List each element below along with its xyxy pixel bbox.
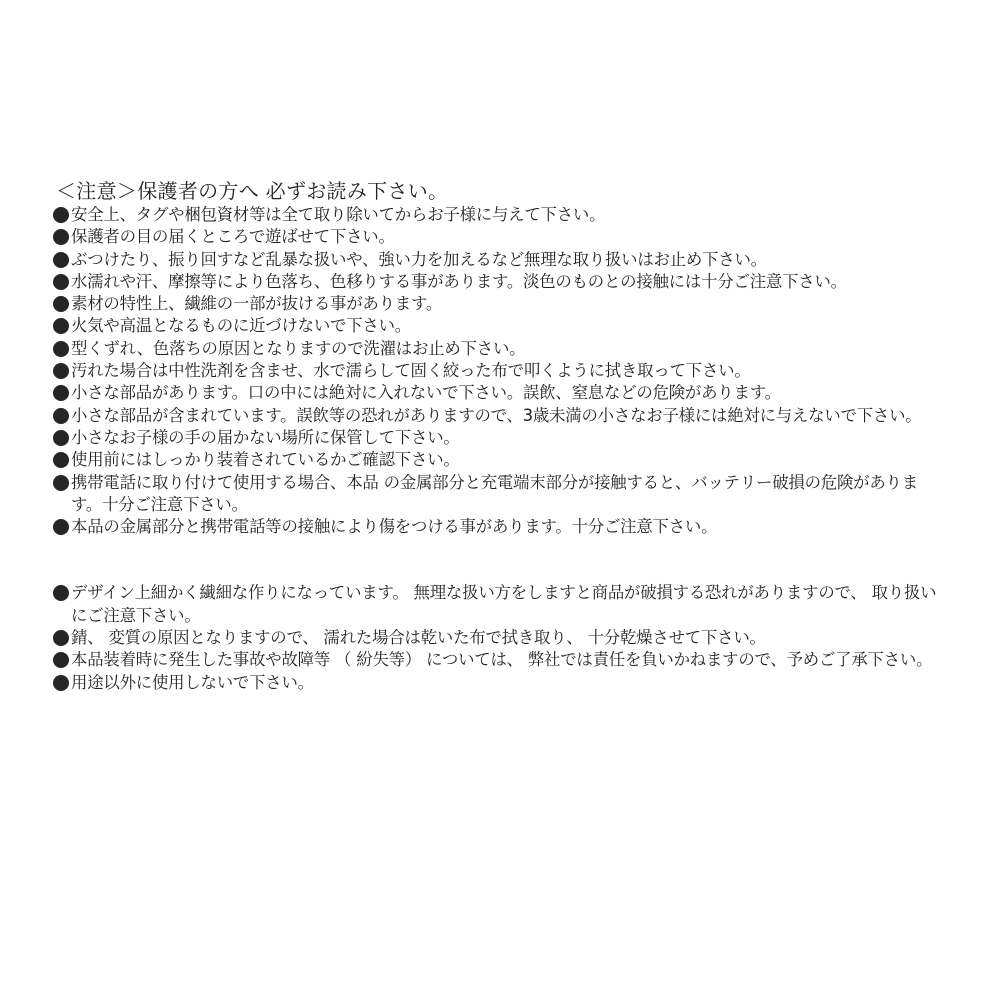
list-item: 火気や高温となるものに近づけないで下さい。 <box>52 315 947 337</box>
list-item: 小さな部品があります。口の中には絶対に入れないで下さい。誤飲、窒息などの危険があ… <box>52 382 947 404</box>
bullet-icon <box>52 672 71 694</box>
list-item: 本品装着時に発生した事故や故障等 （ 紛失等） については、 弊社では責任を負い… <box>52 649 947 671</box>
bullet-icon <box>52 449 71 471</box>
bullet-icon <box>52 293 71 315</box>
list-item: 本品の金属部分と携帯電話等の接触により傷をつける事があります。十分ご注意下さい。 <box>52 516 947 538</box>
list-item: 用途以外に使用しないで下さい。 <box>52 672 947 694</box>
list-item: 水濡れや汗、摩擦等により色落ち、色移りする事があります。淡色のものとの接触には十… <box>52 271 947 293</box>
bullet-icon <box>52 649 71 671</box>
list-item: デザイン上細かく繊細な作りになっています。 無理な扱い方をしますと商品が破損する… <box>52 582 947 627</box>
caution-notice: ＜注意＞保護者の方へ 必ずお読み下さい。 安全上、タグや梱包資材等は全て取り除い… <box>52 178 947 694</box>
bullet-icon <box>52 582 71 627</box>
list-item: 携帯電話に取り付けて使用する場合、本品 の金属部分と充電端末部分が接触すると、バ… <box>52 472 947 517</box>
bullet-icon <box>52 516 71 538</box>
bullet-icon <box>52 249 71 271</box>
list-item: 小さなお子様の手の届かない場所に保管して下さい。 <box>52 427 947 449</box>
bullet-icon <box>52 360 71 382</box>
list-item: 安全上、タグや梱包資材等は全て取り除いてからお子様に与えて下さい。 <box>52 204 947 226</box>
bullet-icon <box>52 204 71 226</box>
list-item: 素材の特性上、繊維の一部が抜ける事があります。 <box>52 293 947 315</box>
bullet-icon <box>52 427 71 449</box>
bullet-icon <box>52 271 71 293</box>
bullet-icon <box>52 315 71 337</box>
section-spacer <box>52 538 947 582</box>
caution-list-primary: 安全上、タグや梱包資材等は全て取り除いてからお子様に与えて下さい。 保護者の目の… <box>52 204 947 538</box>
notice-title: ＜注意＞保護者の方へ 必ずお読み下さい。 <box>56 178 947 204</box>
bullet-icon <box>52 382 71 404</box>
bullet-icon <box>52 226 71 248</box>
list-item: 小さな部品が含まれています。誤飲等の恐れがありますので、3歳未満の小さなお子様に… <box>52 405 947 427</box>
list-item: 保護者の目の届くところで遊ばせて下さい。 <box>52 226 947 248</box>
bullet-icon <box>52 405 71 427</box>
bullet-icon <box>52 627 71 649</box>
bullet-icon <box>52 338 71 360</box>
list-item: 錆、 変質の原因となりますので、 濡れた場合は乾いた布で拭き取り、 十分乾燥させ… <box>52 627 947 649</box>
list-item: ぶつけたり、振り回すなど乱暴な扱いや、強い力を加えるなど無理な取り扱いはお止め下… <box>52 249 947 271</box>
list-item: 型くずれ、色落ちの原因となりますので洗濯はお止め下さい。 <box>52 338 947 360</box>
bullet-icon <box>52 472 71 517</box>
list-item: 汚れた場合は中性洗剤を含ませ、水で濡らして固く絞った布で叩くように拭き取って下さ… <box>52 360 947 382</box>
caution-list-secondary: デザイン上細かく繊細な作りになっています。 無理な扱い方をしますと商品が破損する… <box>52 582 947 693</box>
list-item: 使用前にはしっかり装着されているかご確認下さい。 <box>52 449 947 471</box>
